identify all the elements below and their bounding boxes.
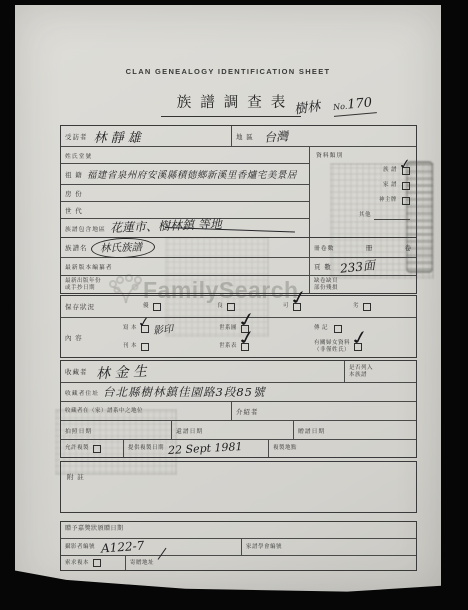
surname-hall-label: 姓氏堂號 [65, 151, 92, 160]
english-title: CLAN GENEALOGY IDENTIFICATION SHEET [15, 67, 441, 76]
owner-address-value: 台北縣樹林鎮佳園路3段85號 [103, 384, 265, 400]
cond-poor-label: 劣 [353, 303, 359, 310]
cat-family-label: 家 譜 [383, 182, 397, 189]
copy-request-checkbox [93, 559, 101, 567]
printed-checkbox [141, 343, 149, 351]
return-date-label: 還譜日期 [176, 426, 203, 435]
table-condition-content: 保存狀況 優 良 可 劣 內 容 [60, 295, 417, 358]
genealogy-name-value: 林氏族譜 [90, 236, 155, 258]
category-column: 資料類別 族 譜 家 譜 神主牌 其他 [309, 147, 416, 237]
biography-label: 傳 記 [314, 325, 328, 332]
pubdate-label: 最新出版年份或手抄日期 [65, 278, 101, 292]
photographer-number-label: 攝影者編號 [65, 544, 95, 551]
photo-date-label: 拍照日期 [65, 426, 92, 435]
lineage-table-label: 世系表 [219, 343, 237, 350]
pages-value: 233面 [339, 256, 375, 277]
handwritten-annotation: 樹林 [293, 95, 321, 117]
mail-address-label: 寄贈地址 [130, 560, 154, 567]
branch-label: 房 份 [65, 189, 83, 198]
origin-label: 祖 籍 [65, 170, 83, 179]
owner-address-label: 收藏者住址 [65, 388, 99, 397]
cat-family-checkbox [402, 182, 410, 190]
copy-date-value: 22 Sept 1981 [168, 440, 243, 457]
manuscript-checkbox [141, 325, 149, 333]
printed-label: 刊 本 [123, 343, 137, 350]
volume-unit-juan: 卷 [405, 243, 413, 252]
copy-date-label: 提供複製日期 [128, 445, 164, 452]
pages-label: 頁 數 [314, 262, 332, 271]
form-number: No.170 [332, 91, 377, 117]
table-owner: 收藏者 林 金 生 是否列入本族譜 收藏者住址 台北縣樹林鎮佳園路3段85號 收… [60, 360, 417, 458]
cat-tablet-label: 神主牌 [379, 197, 397, 204]
cond-fair-checkbox [293, 303, 301, 311]
condition-label: 保存狀況 [65, 302, 123, 311]
permit-copy-label: 允許複製 [65, 445, 89, 452]
table-identity: 受訪者 林 靜 雄 地 區 台灣 姓氏堂號 祖 籍 福建省泉州府安溪縣積德鄉新溪… [60, 125, 417, 238]
manuscript-note: 影印 [152, 320, 173, 337]
form-paper: FamilySearch CLAN GENEALOGY IDENTIFICATI… [15, 5, 441, 594]
gift-date-label: 贈譜日期 [298, 426, 325, 435]
cond-excellent-label: 優 [143, 303, 149, 310]
other-blank-line [374, 212, 410, 220]
no-label: No. [333, 102, 348, 112]
volumes-label: 冊卷數 [314, 243, 334, 252]
cat-tablet-checkbox [402, 197, 410, 205]
society-number-label: 家譜學會編號 [246, 544, 282, 551]
award-date-label: 贈予嘉獎狀頒贈日期 [65, 526, 124, 534]
region-value: 台灣 [263, 127, 288, 146]
page-title: 族譜調查表 [161, 91, 301, 117]
cond-good-label: 良 [217, 303, 223, 310]
copy-place-label: 複製地點 [273, 445, 297, 452]
editor-label: 最新版本編纂者 [65, 262, 113, 271]
lineage-table-checkbox [241, 343, 249, 351]
cond-good-checkbox [227, 303, 235, 311]
copy-request-label: 索求複本 [65, 560, 89, 567]
women-data-checkbox [354, 343, 362, 351]
generation-label: 世 代 [65, 206, 83, 215]
volume-unit-ce: 冊 [366, 243, 374, 252]
introducer-label: 介紹者 [236, 407, 259, 416]
women-data-label: 有關婦女資料（非僅姓氏） [314, 340, 350, 354]
notes-box: 附 註 [60, 461, 417, 513]
area-label: 族譜包含地區 [65, 224, 106, 233]
content-label: 內 容 [65, 333, 123, 342]
table-genealogy-info: 族譜名 林氏族譜 冊卷數 冊 卷 最新版本編纂者 頁 數 233面 最新出版年 [60, 237, 417, 294]
region-label: 地 區 [236, 132, 254, 141]
missing-label: 缺卷缺頁部份殘損 [314, 278, 338, 292]
genealogy-name-label: 族譜名 [65, 243, 88, 252]
scanned-document: FamilySearch CLAN GENEALOGY IDENTIFICATI… [0, 0, 468, 610]
interviewee-label: 受訪者 [65, 132, 88, 141]
category-label: 資料類別 [316, 150, 410, 159]
notes-label: 附 註 [67, 474, 85, 481]
origin-value: 福建省泉州府安溪縣積德鄉新溪里香爐宅美景居 [87, 167, 297, 181]
area-value: 花蓮市、樹林鎮 等地 [110, 215, 222, 236]
cat-other-label: 其他 [359, 212, 371, 219]
cond-poor-checkbox [363, 303, 371, 311]
cat-genealogy-checkbox [402, 167, 410, 175]
included-label: 是否列入本族譜 [349, 365, 373, 379]
no-value: 170 [347, 95, 373, 112]
permit-copy-checkbox [93, 445, 101, 453]
owner-label: 收藏者 [65, 367, 88, 376]
cat-genealogy-label: 族 譜 [383, 167, 397, 174]
manuscript-label: 寫 本 [123, 325, 137, 332]
interviewee-value: 林 靜 雄 [94, 127, 141, 146]
owner-position-label: 收藏者在（家）譜系中之地位 [65, 408, 143, 415]
cond-fair-label: 可 [283, 303, 289, 310]
biography-checkbox [334, 325, 342, 333]
photographer-number-value: A122-7 [101, 539, 145, 556]
owner-value: 林 金 生 [95, 360, 147, 383]
cond-excellent-checkbox [153, 303, 161, 311]
table-admin: 贈予嘉獎狀頒贈日期 攝影者編號 A122-7 家譜學會編號 索求複本 寄贈地址 [60, 521, 417, 571]
